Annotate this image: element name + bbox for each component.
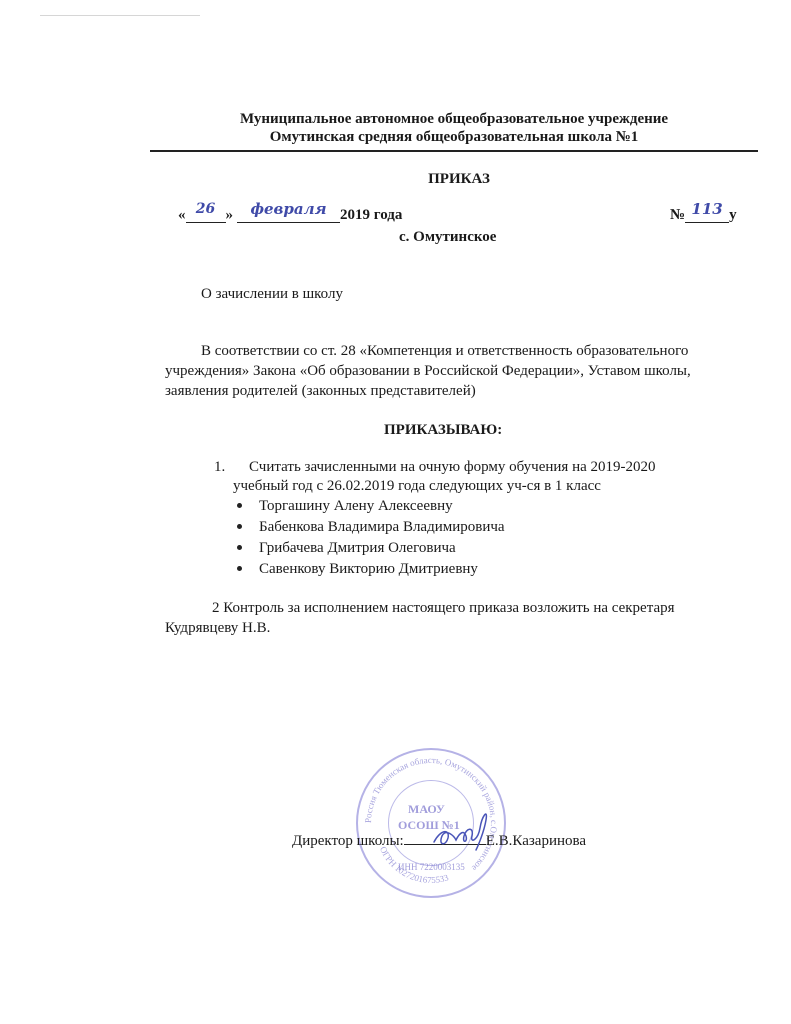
item2-line2: Кудрявцеву Н.В. [165,620,270,637]
signatory-name: Е.В.Казаринова [486,833,586,849]
directive-heading: ПРИКАЗЫВАЮ: [384,422,502,439]
preamble-line2: учреждения» Закона «Об образовании в Рос… [165,363,691,380]
order-place: с. Омутинское [399,229,496,246]
student-name: Савенкову Викторию Дмитриевну [259,561,478,577]
order-subject: О зачислении в школу [201,286,343,303]
number-handwritten: 113 [691,200,722,218]
org-name-line1: Муниципальное автономное общеобразовател… [150,111,758,128]
header-divider [150,150,758,152]
preamble-line1: В соответствии со ст. 28 «Компетенция и … [201,343,688,360]
number-prefix: № [670,207,685,223]
document-title: ПРИКАЗ [150,171,758,188]
student-list-item: Бабенкова Владимира Владимировича [237,519,505,536]
number-field: 113 [685,207,729,223]
bullet-icon [237,503,242,508]
student-list-item: Савенкову Викторию Дмитриевну [237,561,478,578]
student-list-item: Торгашину Алену Алексеевну [237,498,453,515]
order-date: «26»февраля2019 года [178,207,402,224]
signatory-role: Директор школы: [292,833,404,849]
date-close-quote: » [226,207,234,223]
item1-line2: учебный год с 26.02.2019 года следующих … [233,478,601,495]
date-month-field: февраля [237,207,340,223]
number-suffix: у [729,207,737,223]
item2-line1: 2 Контроль за исполнением настоящего при… [212,600,675,617]
date-year: 2019 года [340,207,402,223]
bullet-icon [237,524,242,529]
student-name: Бабенкова Владимира Владимировича [259,519,505,535]
student-name: Грибачева Дмитрия Олеговича [259,540,456,556]
scan-edge-line [40,15,200,16]
handwritten-signature-icon [430,806,500,852]
bullet-icon [237,545,242,550]
date-day-field: 26 [186,208,226,223]
stamp-inn: ИНН 7220003135 [398,862,465,872]
date-open-quote: « [178,207,186,223]
order-number: №113у [670,207,737,224]
date-day-handwritten: 26 [196,201,215,217]
bullet-icon [237,566,242,571]
date-month-handwritten: февраля [250,200,326,218]
preamble-line3: заявления родителей (законных представит… [165,383,476,400]
item1-line1: Считать зачисленными на очную форму обуч… [249,459,656,476]
student-name: Торгашину Алену Алексеевну [259,498,453,514]
org-name-line2: Омутинская средняя общеобразовательная ш… [150,129,758,146]
student-list-item: Грибачева Дмитрия Олеговича [237,540,456,557]
item1-number: 1. [214,459,225,476]
